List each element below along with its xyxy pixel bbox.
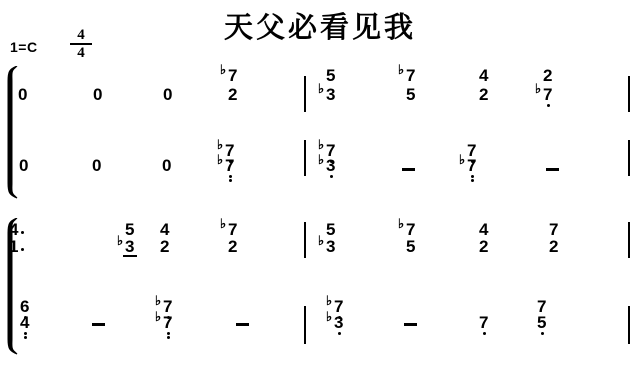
note: 4 — [479, 69, 490, 83]
note: 3♭ — [334, 316, 345, 330]
flat-sign: ♭ — [535, 83, 541, 95]
note-digit: 5 — [326, 223, 337, 237]
note: 1 — [9, 240, 20, 254]
note-digit: 5 — [406, 88, 417, 102]
note-digit: 7 — [225, 159, 236, 173]
note: 7 — [479, 316, 490, 330]
note-digit: 7 — [334, 300, 345, 314]
flat-sign: ♭ — [220, 64, 226, 76]
note: 2 — [228, 240, 239, 254]
flat-sign: ♭ — [318, 83, 324, 95]
note: 7♭ — [334, 300, 345, 314]
note: 0 — [162, 159, 173, 173]
note: 0 — [163, 88, 174, 102]
note: 0 — [19, 159, 30, 173]
note: 3♭ — [326, 240, 337, 254]
octave-dot — [24, 336, 27, 339]
note-digit: 2 — [228, 240, 239, 254]
flat-sign: ♭ — [318, 235, 324, 247]
note-digit: 5 — [326, 69, 337, 83]
note-digit: 5 — [125, 223, 136, 237]
note: 5 — [326, 69, 337, 83]
octave-dot — [471, 179, 474, 182]
note-digit: 2 — [160, 240, 171, 254]
barline — [304, 76, 306, 112]
note-digit: 0 — [92, 159, 103, 173]
octave-dot — [338, 332, 341, 335]
flat-sign: ♭ — [117, 235, 123, 247]
note-digit: 7 — [406, 69, 417, 83]
note: 3♭ — [326, 159, 337, 173]
note-digit: 7 — [163, 316, 174, 330]
note-digit: 7 — [467, 159, 478, 173]
note: 7 — [549, 223, 560, 237]
flat-sign: ♭ — [326, 295, 332, 307]
note: 6 — [20, 300, 31, 314]
augmentation-dot — [21, 248, 24, 251]
note-digit: 7 — [228, 223, 239, 237]
score-area: 0007♭253♭7♭54227♭0007♭7♭7♭3♭77♭4153♭427♭… — [0, 0, 640, 365]
flat-sign: ♭ — [155, 311, 161, 323]
note-digit: 2 — [479, 88, 490, 102]
octave-dot — [167, 332, 170, 335]
note: 7♭ — [163, 316, 174, 330]
note: 3♭ — [125, 240, 136, 254]
barline — [304, 140, 306, 176]
note-digit: 3 — [326, 159, 337, 173]
note-digit: 2 — [549, 240, 560, 254]
note: 7♭ — [543, 88, 554, 102]
note-digit: 7 — [537, 300, 548, 314]
barline — [628, 306, 630, 344]
note-digit: 2 — [543, 69, 554, 83]
note: 5 — [125, 223, 136, 237]
note-digit: 7 — [479, 316, 490, 330]
note: 0 — [18, 88, 29, 102]
flat-sign: ♭ — [217, 139, 223, 151]
flat-sign: ♭ — [326, 311, 332, 323]
flat-sign: ♭ — [318, 139, 324, 151]
note: 0 — [93, 88, 104, 102]
note-digit: 4 — [479, 223, 490, 237]
note: 3♭ — [326, 88, 337, 102]
octave-dot — [229, 175, 232, 178]
barline — [304, 222, 306, 258]
sustain-dash — [546, 168, 559, 171]
note: 7♭ — [228, 223, 239, 237]
note: 2 — [160, 240, 171, 254]
note-digit: 4 — [9, 223, 20, 237]
note: 2 — [228, 88, 239, 102]
barline — [628, 222, 630, 258]
flat-sign: ♭ — [398, 64, 404, 76]
note: 7♭ — [467, 159, 478, 173]
note: 2 — [479, 88, 490, 102]
flat-sign: ♭ — [220, 218, 226, 230]
octave-dot — [167, 336, 170, 339]
barline — [304, 306, 306, 344]
note-digit: 0 — [18, 88, 29, 102]
note-digit: 7 — [406, 223, 417, 237]
note: 5 — [537, 316, 548, 330]
note: 5 — [406, 240, 417, 254]
note: 7 — [537, 300, 548, 314]
augmentation-dot — [21, 231, 24, 234]
flat-sign: ♭ — [217, 154, 223, 166]
note-digit: 2 — [479, 240, 490, 254]
note-digit: 0 — [163, 88, 174, 102]
note-digit: 3 — [326, 88, 337, 102]
sustain-dash — [236, 323, 249, 326]
note-digit: 7 — [163, 300, 174, 314]
note-digit: 0 — [93, 88, 104, 102]
octave-dot — [229, 179, 232, 182]
note-digit: 3 — [326, 240, 337, 254]
note-digit: 7 — [549, 223, 560, 237]
note-digit: 4 — [20, 316, 31, 330]
octave-dot — [471, 175, 474, 178]
note: 7♭ — [225, 159, 236, 173]
note: 7♭ — [228, 69, 239, 83]
octave-dot — [541, 332, 544, 335]
note-digit: 5 — [537, 316, 548, 330]
note-digit: 5 — [406, 240, 417, 254]
note-digit: 3 — [125, 240, 136, 254]
octave-dot — [330, 175, 333, 178]
note-digit: 3 — [334, 316, 345, 330]
note: 4 — [479, 223, 490, 237]
note-digit: 2 — [228, 88, 239, 102]
eighth-underline — [123, 255, 137, 257]
note-digit: 4 — [160, 223, 171, 237]
note: 4 — [20, 316, 31, 330]
flat-sign: ♭ — [398, 218, 404, 230]
note: 2 — [543, 69, 554, 83]
note: 2 — [479, 240, 490, 254]
note-digit: 4 — [479, 69, 490, 83]
flat-sign: ♭ — [318, 154, 324, 166]
note-digit: 1 — [9, 240, 20, 254]
octave-dot — [547, 104, 550, 107]
note: 0 — [92, 159, 103, 173]
sustain-dash — [404, 323, 417, 326]
note: 5 — [406, 88, 417, 102]
note: 4 — [9, 223, 20, 237]
barline — [628, 140, 630, 176]
note-digit: 6 — [20, 300, 31, 314]
octave-dot — [24, 332, 27, 335]
sustain-dash — [92, 323, 105, 326]
note: 7♭ — [406, 69, 417, 83]
sheet-music-page: 天父必看见我 1=C 4 4 0007♭253♭7♭54227♭0007♭7♭7… — [0, 0, 640, 365]
note-digit: 7 — [228, 69, 239, 83]
note-digit: 7 — [543, 88, 554, 102]
barline — [628, 76, 630, 112]
flat-sign: ♭ — [459, 154, 465, 166]
note: 4 — [160, 223, 171, 237]
note: 5 — [326, 223, 337, 237]
note: 2 — [549, 240, 560, 254]
octave-dot — [483, 332, 486, 335]
note: 7♭ — [163, 300, 174, 314]
note: 7♭ — [406, 223, 417, 237]
note-digit: 0 — [19, 159, 30, 173]
note-digit: 0 — [162, 159, 173, 173]
flat-sign: ♭ — [155, 295, 161, 307]
sustain-dash — [402, 168, 415, 171]
